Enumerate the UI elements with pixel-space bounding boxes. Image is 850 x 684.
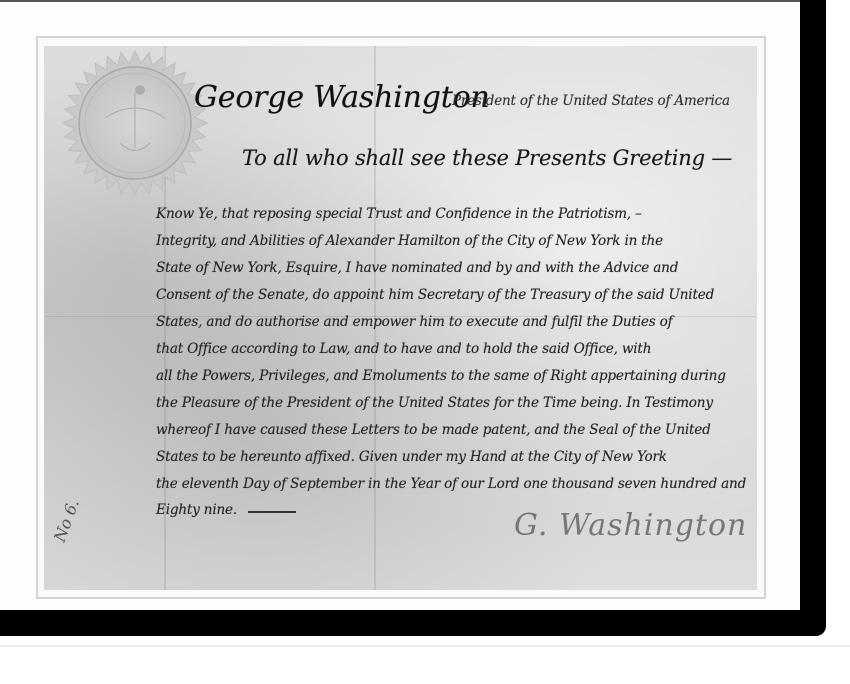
body-line: States to be hereunto affixed. Given und… — [156, 449, 667, 465]
body-line: Integrity, and Abilities of Alexander Ha… — [156, 233, 663, 249]
body-line: that Office according to Law, and to hav… — [156, 341, 651, 357]
body-line: Know Ye, that reposing special Trust and… — [156, 206, 642, 222]
body-line: the Pleasure of the President of the Uni… — [156, 395, 713, 411]
body-line: States, and do authorise and empower him… — [156, 314, 672, 330]
flourish-line — [248, 511, 296, 513]
body-line: Consent of the Senate, do appoint him Se… — [156, 287, 714, 303]
body-line: the eleventh Day of September in the Yea… — [156, 476, 746, 492]
document-paper: George Washington President of the Unite… — [44, 46, 757, 590]
body-line: all the Powers, Privileges, and Emolumen… — [156, 368, 726, 384]
frame-bottom-edge — [0, 645, 850, 647]
body-line: whereof I have caused these Letters to b… — [156, 422, 711, 438]
heading-title: President of the United States of Americ… — [452, 93, 730, 109]
body-line: Eighty nine. — [156, 502, 237, 518]
margin-note: No 6. — [50, 497, 83, 545]
signature: G. Washington — [514, 508, 747, 543]
seal-icon — [60, 48, 210, 198]
body-line: State of New York, Esquire, I have nomin… — [156, 260, 678, 276]
greeting: To all who shall see these Presents Gree… — [242, 146, 732, 170]
heading-name: George Washington — [194, 80, 490, 115]
